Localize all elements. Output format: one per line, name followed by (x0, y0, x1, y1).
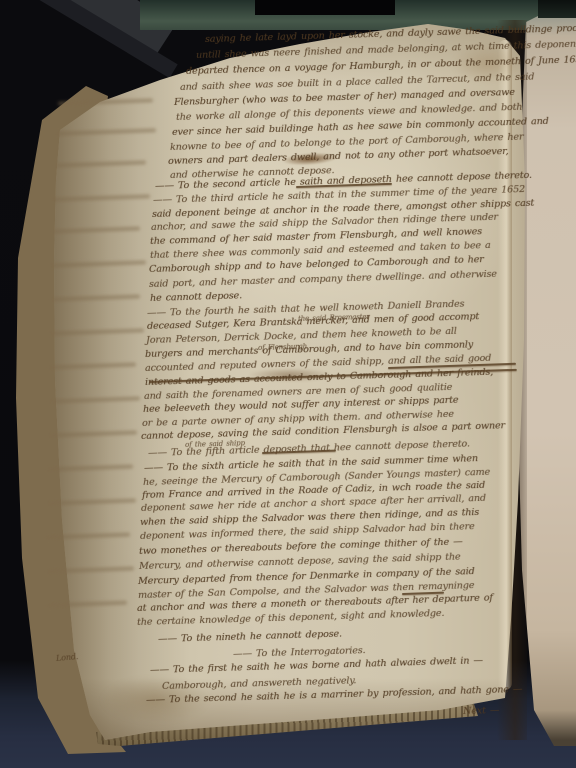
background-corner (538, 0, 576, 18)
interlineation: of Flensburgh (258, 343, 307, 352)
marginal-note: Lond. (56, 652, 79, 663)
photo-background: saying he late layd upon her stocke, and… (0, 0, 576, 768)
background-object (255, 0, 395, 15)
catchword: Next — (463, 705, 500, 717)
